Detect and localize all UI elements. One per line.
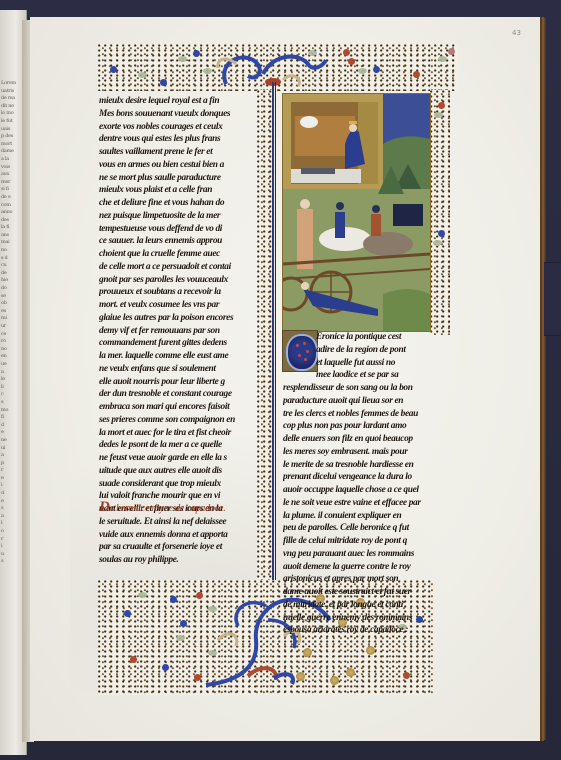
text-line: prenant dicelui vengeance la dura lo	[283, 471, 433, 484]
text-line: le seruitude. Et ainsi la nef delaissee	[99, 516, 259, 529]
red-flower-icon	[438, 102, 445, 109]
text-line: der dun tresnoble et constant courage	[99, 388, 259, 401]
text-line: dedes le psont de la mer a ce quelle	[99, 439, 259, 452]
text-line: ce sauuer. la leurs ennemis approu	[99, 235, 259, 248]
text-line: auoit demene la guerre contre le roy	[283, 561, 433, 574]
border-right	[430, 90, 450, 335]
text-line: le ne soit veue estre vaine et effacee p…	[283, 497, 433, 510]
text-line: uitude que aux autres elle auoit dis	[99, 465, 259, 478]
column-rule-brown	[275, 82, 276, 587]
text-line: ne veulx enfans que si soulement	[99, 363, 259, 376]
text-line: choient que la cruelle femme auec	[99, 248, 259, 261]
text-line: Eronice la pontique cest	[316, 331, 406, 344]
folio-number: 43	[512, 29, 521, 37]
initial-letter-b-icon	[286, 334, 318, 371]
text-line: la mort et auec for le tira et fist cheo…	[99, 427, 259, 440]
text-line: adire de la region de pont	[316, 344, 406, 357]
text-line: embraca son mari qui encores faisoit	[99, 401, 259, 414]
text-line: de mitridate. et par longue et conti	[283, 599, 433, 612]
text-line: dentre vous qui estes les plus frans	[99, 133, 259, 146]
text-line: les meres soy embrasent. mais pour	[283, 446, 433, 459]
facing-page-text: Loremuatrisde madit nelo mole futuaisp d…	[1, 80, 23, 580]
miniature-painting	[282, 93, 431, 332]
text-line: prouueux et soubtans a recevoir la	[99, 286, 259, 299]
right-column-indented-text: Eronice la pontique cest adire de la reg…	[316, 331, 406, 382]
text-line: suade considerant que trop mieulx	[99, 478, 259, 491]
text-line: cop plus non pas pour lardant amo	[283, 420, 433, 433]
text-line: tempestueuse vous deffend de vo di	[99, 223, 259, 236]
rubric-heading: De beronice royne de capadoce.	[99, 499, 226, 516]
text-line: che et deliure fine et vous hahan do	[99, 197, 259, 210]
rubric-text: e beronice royne de capadoce.	[110, 503, 226, 514]
illuminated-initial-b	[282, 330, 318, 372]
text-line: vous en armes ou bien cestui bien a	[99, 159, 259, 172]
text-line: resplendisseur de son sang ou la bon	[283, 382, 433, 395]
text-line: soulas au roy philippe.	[99, 554, 259, 567]
text-line: vng peu parauant auec les rommains	[283, 548, 433, 561]
text-line: saultes vaillament prene le fer et	[99, 146, 259, 159]
text-line: vuide aux ennemis donna et apporta	[99, 529, 259, 542]
text-line: ses prieres comme son compaignon en	[99, 414, 259, 427]
blue-flower-icon	[438, 230, 445, 237]
column-rule-blue	[272, 82, 274, 587]
text-line: la plume. il conuient expliquer en	[283, 510, 433, 523]
text-line: paraducture auoit qui lieua sor en	[283, 395, 433, 408]
text-line: ne feust veue auoir garde en elle la s	[99, 452, 259, 465]
text-line: dame auoit este soustraict et fut suer	[283, 586, 433, 599]
text-line: et laquelle fut aussi no	[316, 357, 406, 370]
text-line: exorte vos nobles courages et ceulx	[99, 121, 259, 134]
text-line: auoir occuppe laquelle chose a ce quel	[283, 484, 433, 497]
text-line: mee laodice et se par sa	[316, 369, 406, 382]
text-line: mieulx vous plaist et a celle fran	[99, 184, 259, 197]
text-line: mort. et veulx cosumee les vns par	[99, 299, 259, 312]
rubric-initial: D	[99, 499, 110, 515]
text-line: Mes bons souuenant vueulx donques	[99, 108, 259, 121]
text-line: nez puisque limpetuosite de la mer	[99, 210, 259, 223]
text-line: elle auoit nourris pour leur liberte g	[99, 376, 259, 389]
text-line: demy vif et fer remouuans par son	[99, 325, 259, 338]
text-line: aristonicus et apres par mort son	[283, 573, 433, 586]
right-column-text: resplendisseur de son sang ou la bon par…	[283, 382, 433, 637]
text-line: mieulx desire lequel royal est a fin	[99, 95, 259, 108]
text-line: commandement furent gittes dedens	[99, 337, 259, 350]
text-line: le merite de sa tresnoble hardiesse en	[283, 459, 433, 472]
text-line: nuelle guerre ennemy des rommains	[283, 612, 433, 625]
text-line: ne se mort plus saulle paraducture	[99, 172, 259, 185]
text-line: gnoit par ses parolles les vouuceaulx	[99, 274, 259, 287]
text-line: fille de celui mitridate roy de pont q	[283, 535, 433, 548]
text-line: la mer. laquelle comme elle eust ame	[99, 350, 259, 363]
left-column-text: mieulx desire lequel royal est a fin Mes…	[99, 95, 259, 567]
text-line: tre les clercs et nobles femmes de beau	[283, 408, 433, 421]
text-line: de celle mort a ce persuadoit et contai	[99, 261, 259, 274]
text-line: glaiue les autres par la poison encores	[99, 312, 259, 325]
miniature-scene	[283, 94, 430, 331]
text-line: peu de parolles. Celle beronice q fut	[283, 522, 433, 535]
text-line: espousa ariarates roy de capadoce :	[283, 624, 433, 637]
text-line: par sa cruaulte et forsenerie ioye et	[99, 541, 259, 554]
text-line: delle enuers son filz en quoi beaucop	[283, 433, 433, 446]
